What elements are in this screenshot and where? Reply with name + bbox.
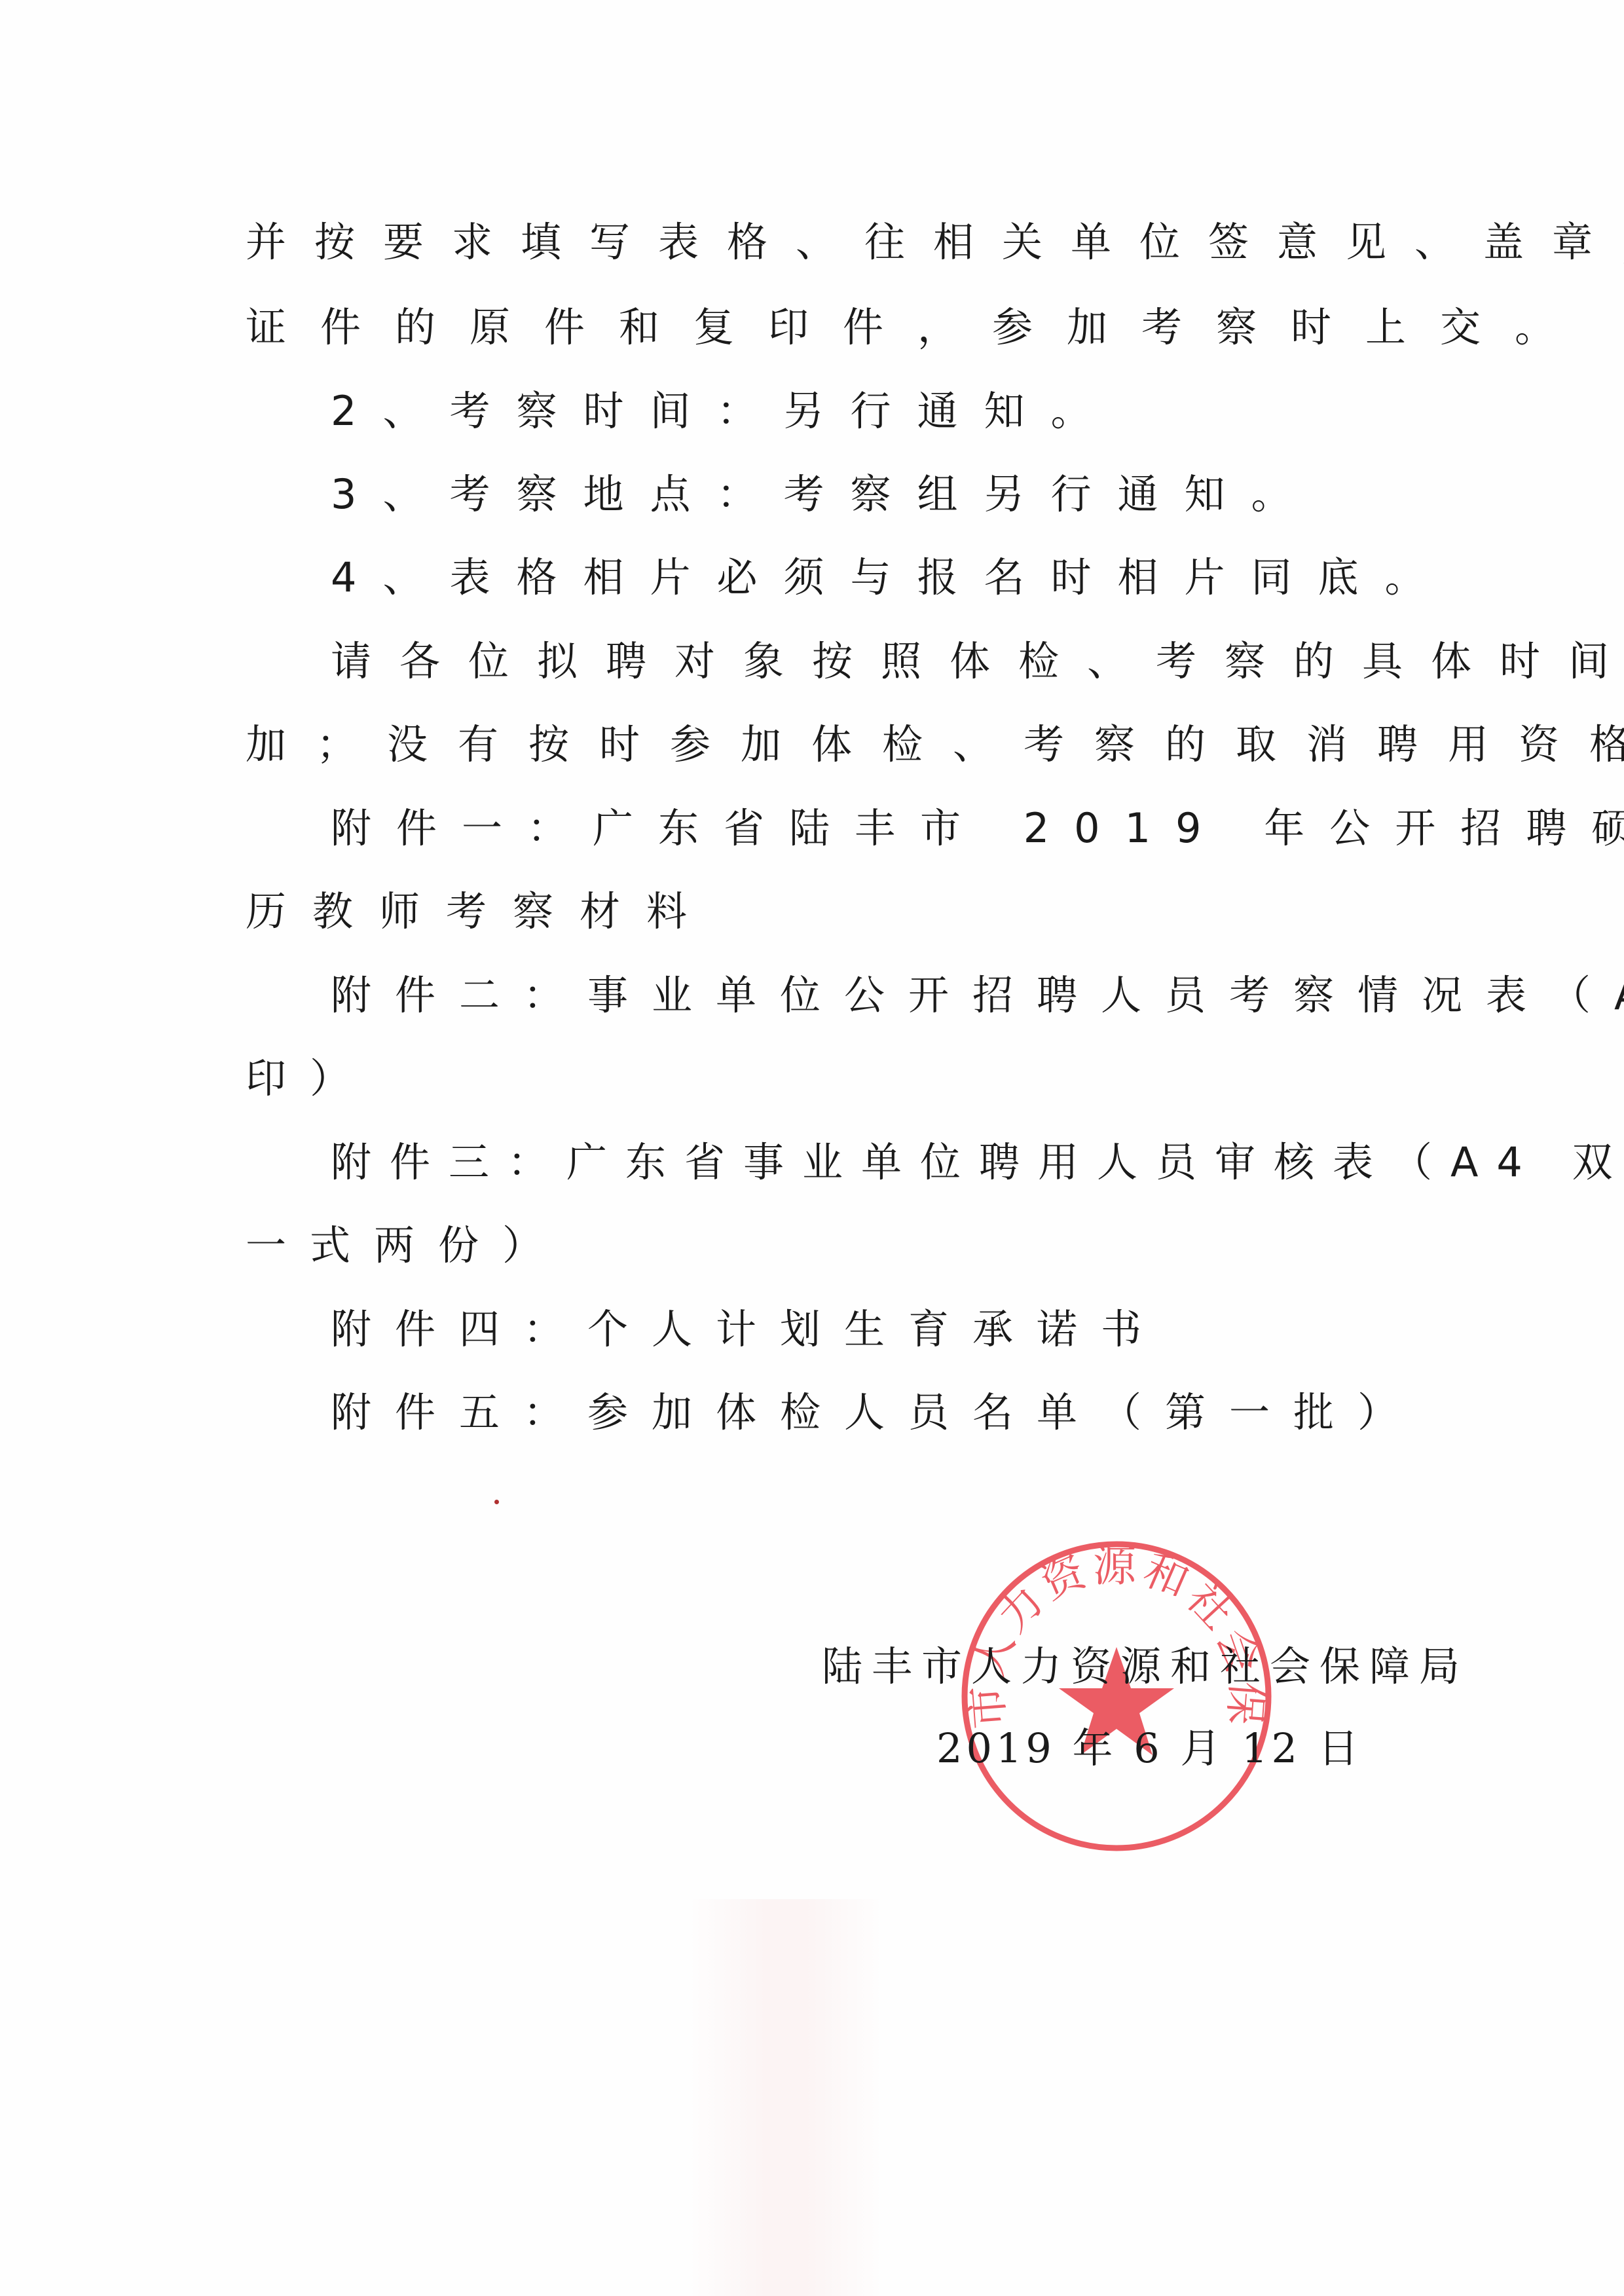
document-page: 并按要求填写表格、往相关单位签意见、盖章，准备好相关 证件的原件和复印件，参加考… xyxy=(0,0,1624,2296)
attachment-1-line-2: 历教师考察材料 xyxy=(246,885,713,938)
text-segment: 并按要求填写表格、往相关单位签意见、盖章，准备好相关 xyxy=(246,216,1624,268)
body-line-1: 并按要求填写表格、往相关单位签意见、盖章，准备好相关 xyxy=(246,216,1385,268)
attachment-2-line-2: 印） xyxy=(246,1052,374,1105)
body-line-item-3: 3、考察地点：考察组另行通知。 xyxy=(331,468,1318,521)
scan-artifact xyxy=(688,1899,884,2296)
issue-date: 2019 年 6 月 12 日 xyxy=(936,1722,1363,1775)
body-line-notice-1: 请各位拟聘对象按照体检、考察的具体时间安排依时参 xyxy=(331,635,1624,688)
attachment-5: 附件五：参加体检人员名单（第一批） xyxy=(331,1386,1422,1439)
attachment-4: 附件四：个人计划生育承诺书 xyxy=(331,1303,1165,1356)
attachment-3-line-2: 一式两份） xyxy=(246,1219,566,1272)
ink-speck xyxy=(494,1500,499,1504)
body-line-notice-2: 加；没有按时参加体检、考察的取消聘用资格。 xyxy=(246,718,1624,771)
official-seal-icon: 陆丰市人力资源和社会保障局 xyxy=(953,1532,1280,1860)
body-line-item-2: 2、考察时间：另行通知。 xyxy=(331,385,1117,437)
attachment-2-line-1: 附件二：事业单位公开招聘人员考察情况表（A4 双面打 xyxy=(331,969,1624,1022)
attachment-1-line-1: 附件一：广东省陆丰市 2019 年公开招聘硕士研究生学 xyxy=(331,802,1624,855)
issuing-organization: 陆丰市人力资源和社会保障局 xyxy=(822,1640,1469,1693)
attachment-3-line-1: 附件三：广东省事业单位聘用人员审核表（A4 双面打印、 xyxy=(331,1136,1624,1189)
body-line-item-4: 4、表格相片必须与报名时相片同底。 xyxy=(331,551,1451,604)
body-line-2: 证件的原件和复印件，参加考察时上交。 xyxy=(246,301,1589,354)
